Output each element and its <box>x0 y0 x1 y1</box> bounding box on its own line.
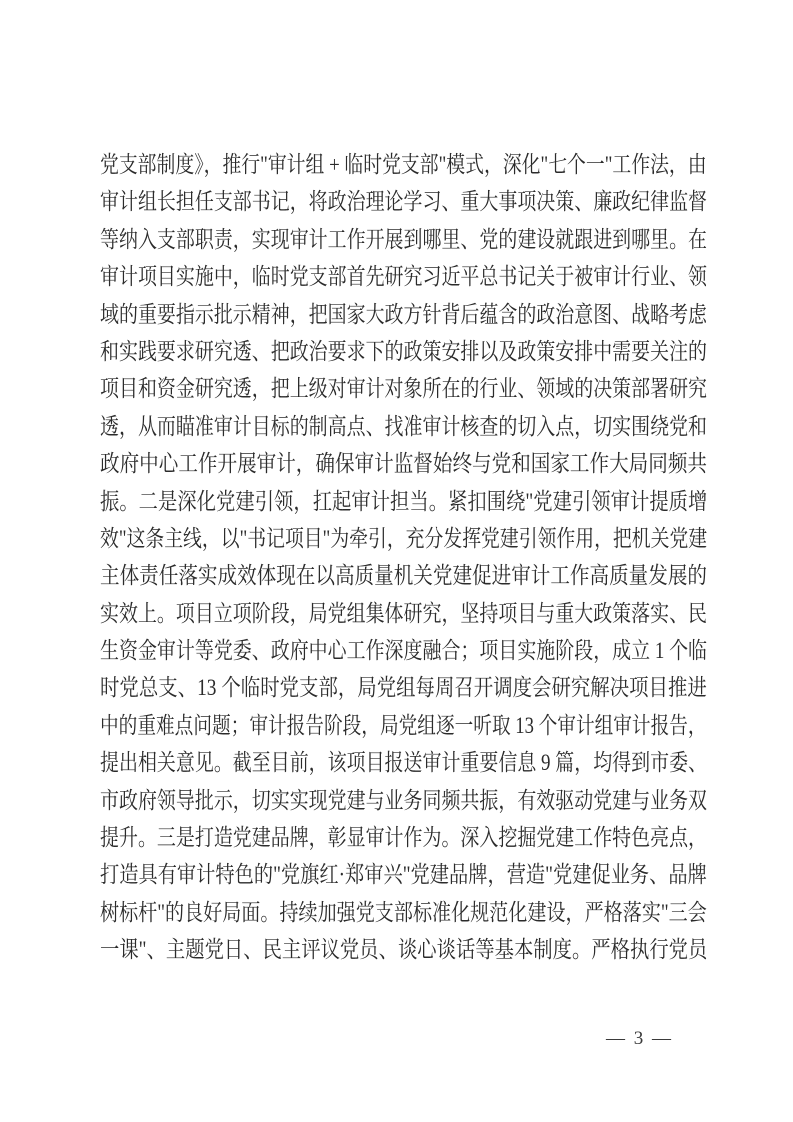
body-text-line: 打造具有审计特色的"党旗红·郑审兴"党建品牌，营造"党建促业务、品牌 <box>100 856 608 893</box>
document-page: 党支部制度》，推行"审计组 + 临时党支部"模式，深化"七个一"工作法，由 审计… <box>0 0 793 1122</box>
body-text-line: 时党总支、13 个临时党支部，局党组每周召开调度会研究解决项目推进 <box>100 669 612 706</box>
body-text-line: 振。二是深化党建引领，扛起审计担当。紧扣围绕"党建引领审计提质增 <box>100 483 610 520</box>
body-text-line: 等纳入支部职责，实现审计工作开展到哪里、党的建设就跟进到哪里。在 <box>100 221 601 258</box>
page-number: — 3 — <box>606 1024 673 1054</box>
body-text-line: 域的重要指示批示精神，把国家大政方针背后蕴含的政治意图、战略考虑 <box>100 296 601 333</box>
body-text-line: 政府中心工作开展审计，确保审计监督始终与党和国家工作大局同频共 <box>100 445 617 482</box>
body-text-line: 中的重难点问题；审计报告阶段，局党组逐一听取 13 个审计组审计报告， <box>100 707 593 744</box>
body-text: 党支部制度》，推行"审计组 + 临时党支部"模式，深化"七个一"工作法，由 审计… <box>100 146 707 969</box>
body-text-line: 市政府领导批示，切实实现党建与业务同频共振，有效驱动党建与业务双 <box>100 782 601 819</box>
body-text-line: 透，从而瞄准审计目标的制高点、找准审计核查的切入点，切实围绕党和 <box>100 408 601 445</box>
body-text-line: 主体责任落实成效体现在以高质量机关党建促进审计工作高质量发展的 <box>100 557 617 594</box>
body-text-line: 党支部制度》，推行"审计组 + 临时党支部"模式，深化"七个一"工作法，由 <box>100 146 597 183</box>
body-text-line: 提升。三是打造党建品牌，彰显审计作为。深入挖掘党建工作特色亮点， <box>100 819 601 856</box>
body-text-line: 生资金审计等党委、政府中心工作深度融合；项目实施阶段，成立 1 个临 <box>100 632 601 669</box>
body-text-line: 一课"、主题党日、民主评议党员、谈心谈话等基本制度。严格执行党员 <box>100 931 610 968</box>
body-text-line: 审计项目实施中，临时党支部首先研究习近平总书记关于被审计行业、领 <box>100 258 601 295</box>
body-text-line: 和实践要求研究透、把政治要求下的政策安排以及政策安排中需要关注的 <box>100 333 601 370</box>
body-text-line: 审计组长担任支部书记，将政治理论学习、重大事项决策、廉政纪律监督 <box>100 183 601 220</box>
body-text-line: 项目和资金研究透，把上级对审计对象所在的行业、领域的决策部署研究 <box>100 370 601 407</box>
body-text-line: 效"这条主线，以"书记项目"为牵引，充分发挥党建引领作用，把机关党建 <box>100 520 597 557</box>
body-text-line: 实效上。项目立项阶段，局党组集体研究，坚持项目与重大政策落实、民 <box>100 595 601 632</box>
body-text-line: 提出相关意见。截至目前，该项目报送审计重要信息 9 篇，均得到市委、 <box>100 744 601 781</box>
body-text-line: 树标杆"的良好局面。持续加强党支部标准化规范化建设，严格落实"三会 <box>100 894 603 931</box>
